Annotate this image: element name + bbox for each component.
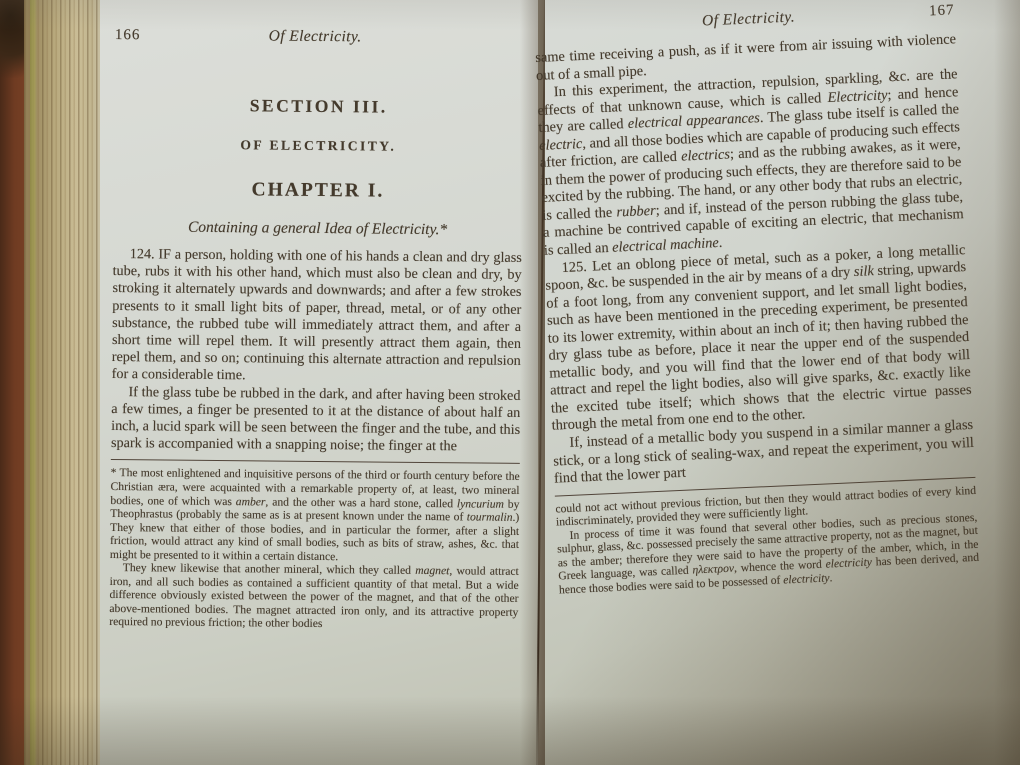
right-page-number: 167 bbox=[929, 2, 955, 20]
right-body-text: same time receiving a push, as if it wer… bbox=[535, 31, 975, 488]
chapter-heading: CHAPTER I. bbox=[113, 178, 522, 204]
section-subheading: OF ELECTRICITY. bbox=[114, 136, 523, 156]
left-footnotes: * The most enlightened and inquisitive p… bbox=[109, 466, 520, 632]
right-page: Of Electricity. 167 same time receiving … bbox=[545, 0, 1020, 765]
footnote-amber: * The most enlightened and inquisitive p… bbox=[110, 466, 520, 565]
section-heading: SECTION III. bbox=[114, 94, 523, 119]
paragraph-glass-tube-dark: If the glass tube be rubbed in the dark,… bbox=[111, 384, 521, 457]
paragraph-electricity-named: In this experiment, the attraction, repu… bbox=[537, 66, 965, 260]
right-page-content: Of Electricity. 167 same time receiving … bbox=[533, 0, 979, 597]
left-running-head: Of Electricity. bbox=[269, 27, 362, 46]
page-edge-shadow bbox=[994, 0, 1020, 765]
left-page: 166 Of Electricity. SECTION III. OF ELEC… bbox=[100, 0, 538, 765]
right-running-head: Of Electricity. bbox=[702, 8, 796, 30]
page-fore-edges bbox=[24, 0, 110, 765]
footnote-rule-left bbox=[111, 459, 520, 464]
left-page-header: 166 Of Electricity. bbox=[115, 26, 524, 48]
footnote-magnet: They knew likewise that another mineral,… bbox=[109, 561, 519, 633]
paragraph-124: 124. IF a person, holding with one of hi… bbox=[112, 246, 522, 388]
left-page-content: 166 Of Electricity. SECTION III. OF ELEC… bbox=[109, 26, 524, 633]
open-book-photo: 166 Of Electricity. SECTION III. OF ELEC… bbox=[0, 0, 1020, 765]
chapter-subtitle: Containing a general Idea of Electricity… bbox=[113, 218, 522, 240]
right-page-header: Of Electricity. 167 bbox=[533, 0, 955, 38]
paragraph-125: 125. Let an oblong piece of metal, such … bbox=[544, 242, 972, 436]
header-spacer bbox=[534, 32, 568, 34]
left-page-number: 166 bbox=[115, 27, 141, 44]
right-footnotes: could not act without previous friction,… bbox=[555, 484, 980, 597]
left-body-text: 124. IF a person, holding with one of hi… bbox=[111, 246, 522, 456]
